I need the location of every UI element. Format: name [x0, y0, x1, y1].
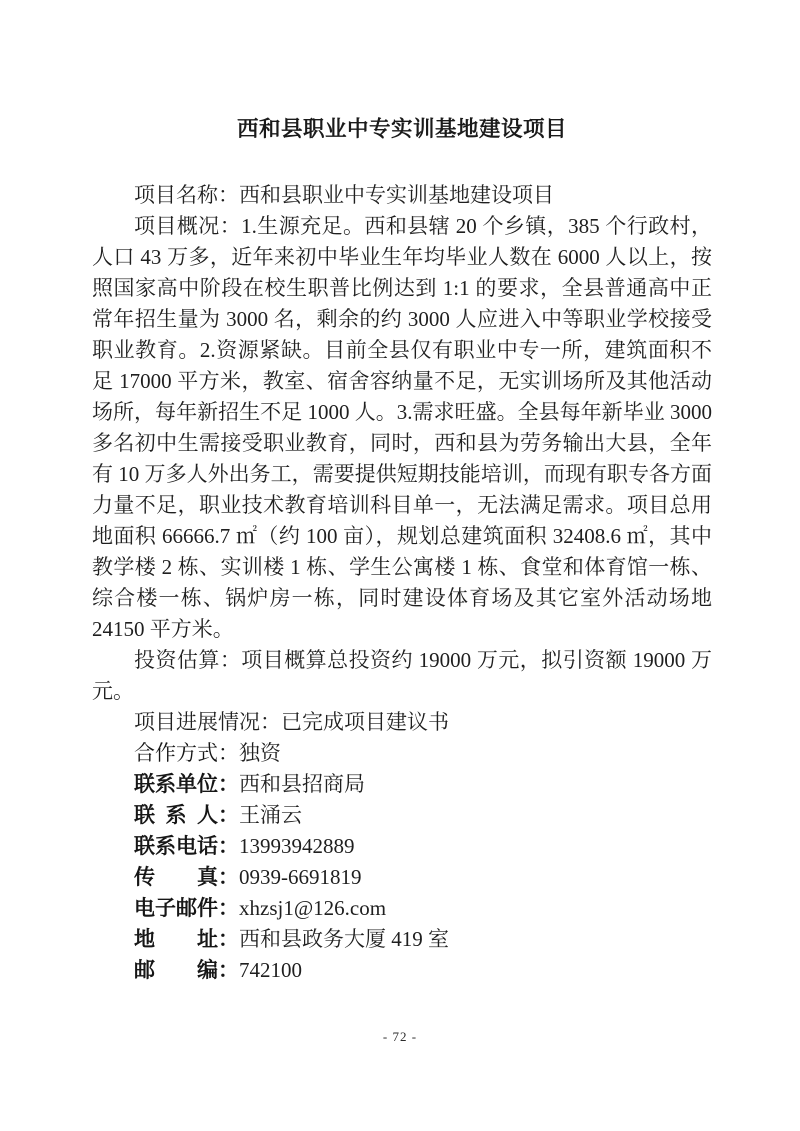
- contact-value-contact-unit: 西和县招商局: [239, 772, 365, 796]
- contact-value-contact-person: 王涌云: [239, 803, 302, 827]
- contact-value-fax: 0939-6691819: [239, 865, 362, 889]
- contact-row-postal-code: 邮 编：742100: [92, 955, 712, 986]
- contact-label-contact-person: 联 系 人：: [134, 803, 239, 827]
- contact-row-phone: 联系电话：13993942889: [92, 831, 712, 862]
- contact-value-email: xhzsj1@126.com: [239, 896, 386, 920]
- contact-value-cooperation-mode: 独资: [239, 741, 281, 765]
- document-title: 西和县职业中专实训基地建设项目: [92, 116, 712, 142]
- contact-row-contact-person: 联 系 人：王涌云: [92, 800, 712, 831]
- page-number: - 72 -: [0, 1028, 800, 1046]
- paragraph-project-overview: 项目概况：1.生源充足。西和县辖 20 个乡镇，385 个行政村，人口 43 万…: [92, 211, 712, 645]
- contact-label-address: 地 址：: [134, 927, 239, 951]
- contact-label-phone: 联系电话：: [134, 834, 239, 858]
- contact-row-fax: 传 真：0939-6691819: [92, 862, 712, 893]
- contact-value-postal-code: 742100: [239, 958, 302, 982]
- paragraph-project-name: 项目名称：西和县职业中专实训基地建设项目: [92, 180, 712, 211]
- paragraph-investment-estimate: 投资估算：项目概算总投资约 19000 万元，拟引资额 19000 万元。: [92, 645, 712, 707]
- paragraph-project-progress: 项目进展情况：已完成项目建议书: [92, 707, 712, 738]
- contact-value-address: 西和县政务大厦 419 室: [239, 927, 449, 951]
- document-page: 西和县职业中专实训基地建设项目 项目名称：西和县职业中专实训基地建设项目 项目概…: [0, 0, 800, 1131]
- contact-label-postal-code: 邮 编：: [134, 958, 239, 982]
- document-body: 项目名称：西和县职业中专实训基地建设项目 项目概况：1.生源充足。西和县辖 20…: [92, 180, 712, 986]
- contact-value-phone: 13993942889: [239, 834, 355, 858]
- contact-label-cooperation-mode: 合作方式：: [134, 741, 239, 765]
- contact-label-email: 电子邮件：: [134, 896, 239, 920]
- contact-row-email: 电子邮件：xhzsj1@126.com: [92, 893, 712, 924]
- contact-label-contact-unit: 联系单位：: [134, 772, 239, 796]
- contact-row-cooperation-mode: 合作方式：独资: [92, 738, 712, 769]
- contact-label-fax: 传 真：: [134, 865, 239, 889]
- contact-row-contact-unit: 联系单位：西和县招商局: [92, 769, 712, 800]
- contact-row-address: 地 址：西和县政务大厦 419 室: [92, 924, 712, 955]
